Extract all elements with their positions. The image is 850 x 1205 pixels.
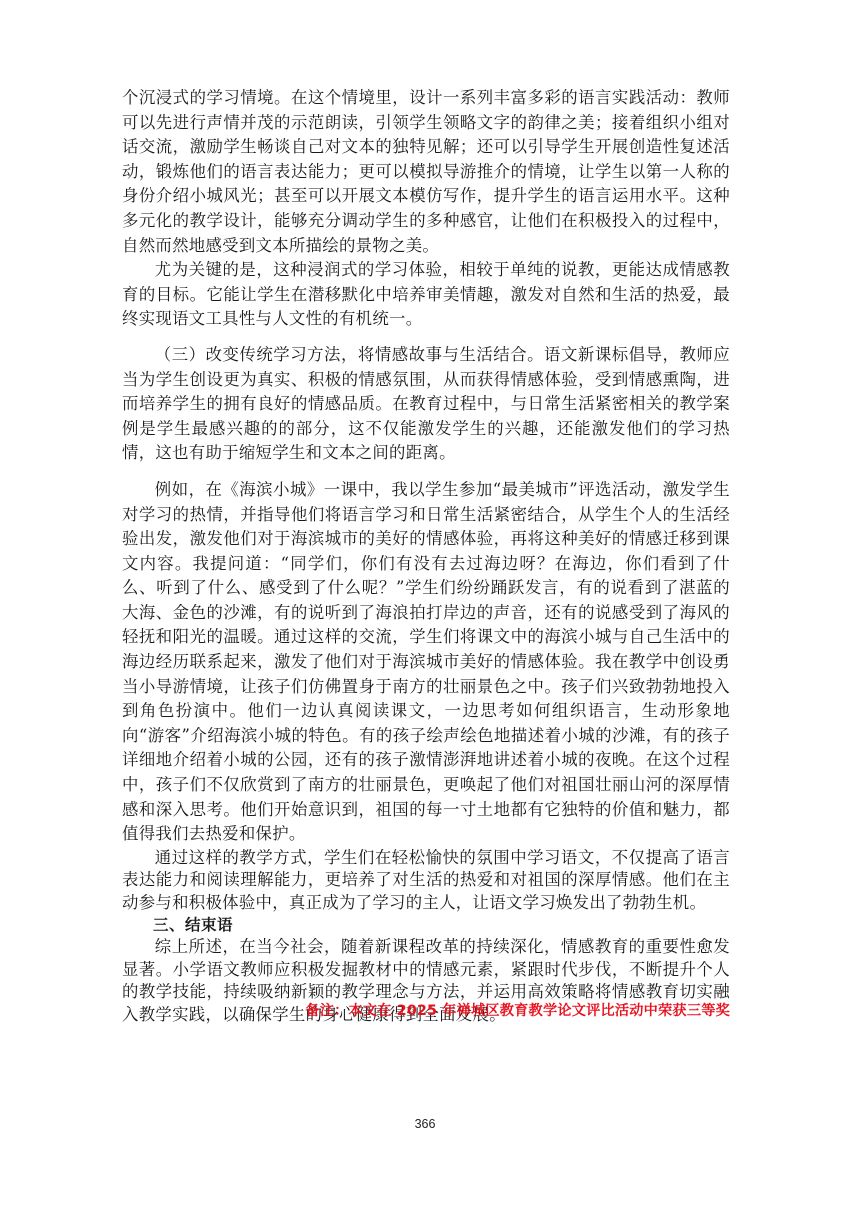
document-page: 个沉浸式的学习情境。在这个情境里，设计一系列丰富多彩的语言实践活动：教师可以先进… [0, 0, 850, 1205]
paragraph-example: 例如，在《海滨小城》一课中，我以学生参加“最美城市”评选活动，激发学生对学习的热… [122, 478, 730, 847]
paragraph-teaching-outcome: 通过这样的教学方式，学生们在轻松愉快的氛围中学习语文，不仅提高了语言表达能力和阅… [122, 847, 730, 914]
paragraph-spacer [122, 466, 730, 478]
page-number: 366 [0, 1117, 850, 1131]
paragraph-immersive-context: 个沉浸式的学习情境。在这个情境里，设计一系列丰富多彩的语言实践活动：教师可以先进… [122, 86, 730, 258]
section-heading-conclusion: 三、结束语 [122, 914, 730, 936]
paragraph-spacer [122, 332, 730, 343]
document-body: 个沉浸式的学习情境。在这个情境里，设计一系列丰富多彩的语言实践活动：教师可以先进… [122, 86, 730, 1026]
paragraph-method-three: （三）改变传统学习方法，将情感故事与生活结合。语文新课标倡导，教师应当为学生创设… [122, 343, 730, 466]
paragraph-key-point: 尤为关键的是，这种浸润式的学习体验，相较于单纯的说教，更能达成情感教育的目标。它… [122, 258, 730, 332]
award-note: 备注：本文在 2025 年禅城区教育教学论文评比活动中荣获三等奖 [298, 1000, 730, 1020]
